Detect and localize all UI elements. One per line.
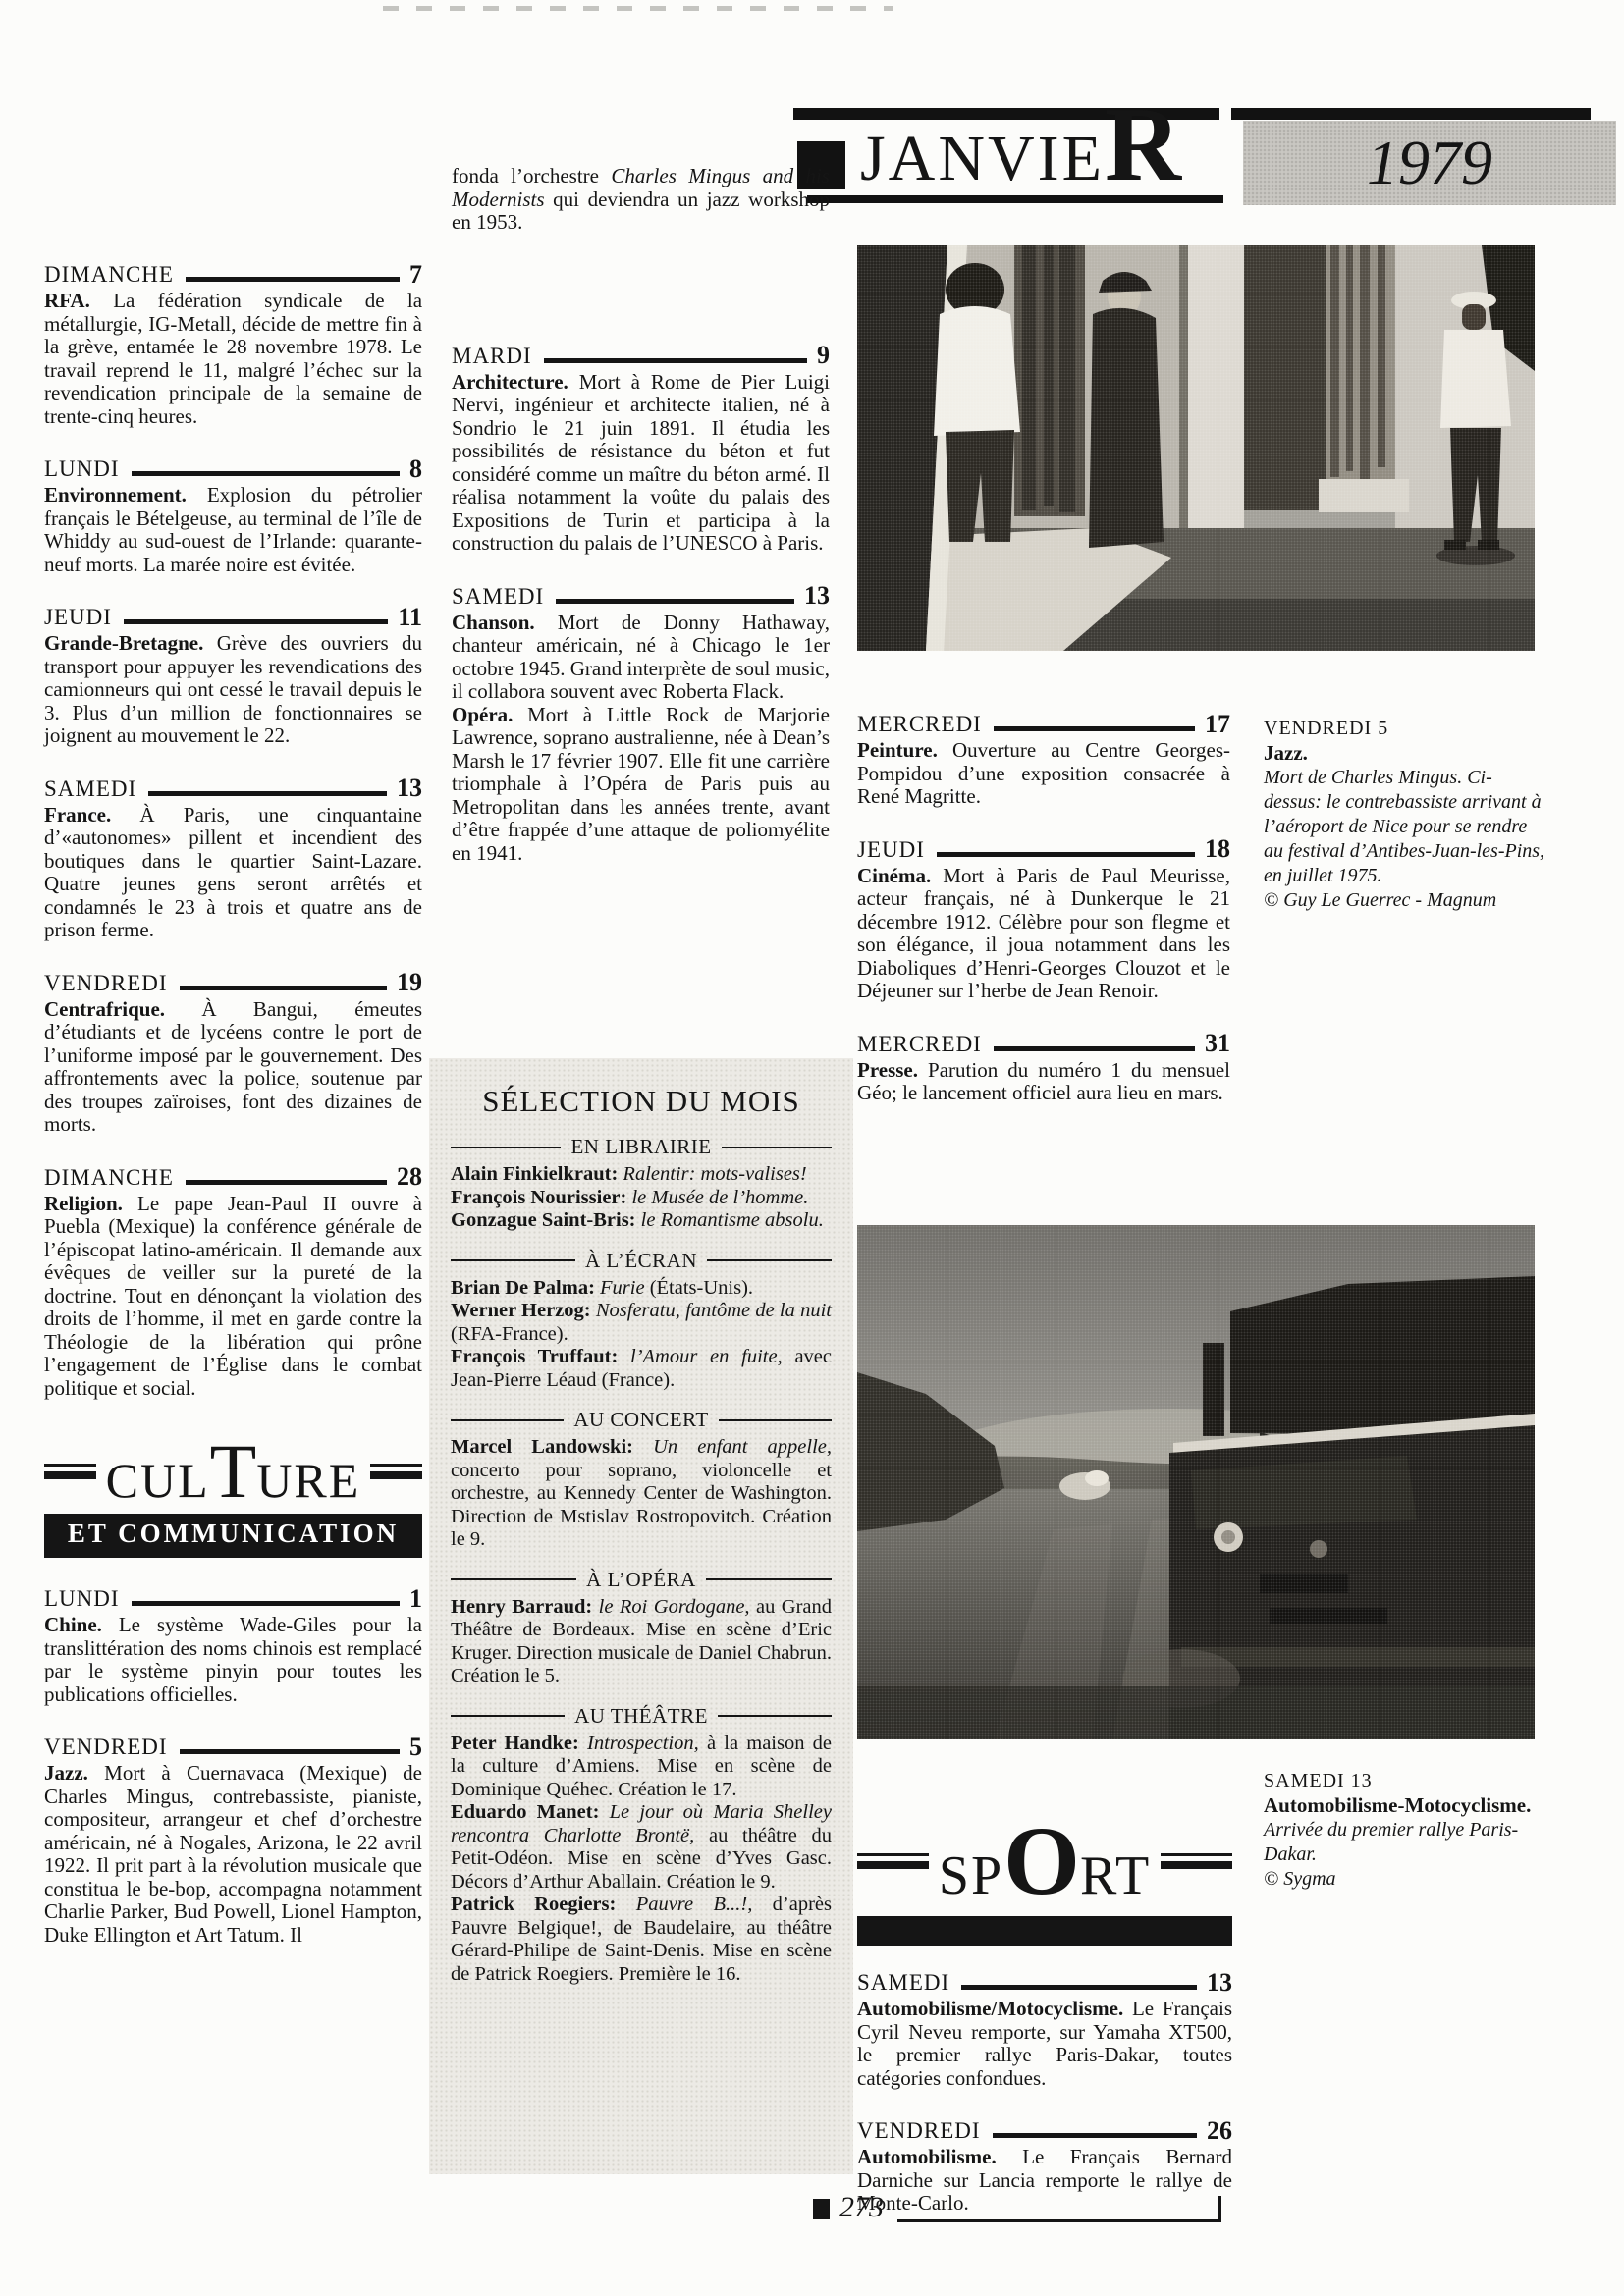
item-author: Peter Handke: — [451, 1733, 579, 1754]
halftone-overlay — [857, 245, 1535, 651]
middle-column: fonda l’orchestre Charles Mingus and his… — [452, 165, 830, 894]
item-author: Werner Herzog: — [451, 1300, 591, 1321]
day-entry-header: MARDI 9 — [452, 345, 830, 367]
selection-item: Alain Finkielkraut: Ralentir: mots-valis… — [451, 1163, 832, 1187]
item-author: Brian De Palma: — [451, 1277, 595, 1299]
sport-title-part: SP — [939, 1848, 1003, 1903]
day-label: VENDREDI — [857, 2119, 981, 2142]
entry-lead: Automobilisme/Motocyclisme. — [857, 1997, 1123, 2020]
selection-du-mois-box: SÉLECTION DU MOIS EN LIBRAIRIE Alain Fin… — [429, 1058, 853, 2174]
selection-item: Werner Herzog: Nosferatu, fantôme de la … — [451, 1300, 832, 1346]
selection-section-theatre: AU THÉÂTRE Peter Handke: Introspection, … — [451, 1704, 832, 1987]
day-rule — [124, 619, 389, 624]
day-entry-text: France. À Paris, une cinquantaine d’«aut… — [44, 804, 422, 942]
day-entry: SAMEDI 13 Automobilisme/Motocyclisme. Le… — [857, 1971, 1232, 2090]
day-entry-text: Grande-Bretagne. Grève des ouvriers du t… — [44, 632, 422, 748]
day-entry-header: JEUDI 18 — [857, 838, 1230, 861]
day-entry-text: Centrafrique. À Bangui, émeutes d’étudia… — [44, 998, 422, 1137]
day-entry-header: VENDREDI 5 — [44, 1735, 422, 1758]
heading-rule — [451, 1259, 575, 1261]
thick-rule — [370, 1471, 422, 1479]
entry-lead: France. — [44, 803, 111, 827]
day-label: MERCREDI — [857, 713, 982, 735]
day-rule — [993, 2133, 1197, 2138]
item-title: le Romantisme absolu. — [641, 1209, 824, 1231]
day-entry: MARDI 9 Architecture. Mort à Rome de Pie… — [452, 345, 830, 556]
day-entry-header: JEUDI 11 — [44, 606, 422, 628]
selection-section-librairie: EN LIBRAIRIE Alain Finkielkraut: Ralenti… — [451, 1135, 832, 1233]
culture-section-header: CULTURE — [44, 1433, 422, 1510]
scan-artifact — [383, 6, 893, 11]
thin-rule — [44, 1464, 96, 1467]
day-entry: JEUDI 18 Cinéma. Mort à Paris de Paul Me… — [857, 838, 1230, 1003]
heading-label: EN LIBRAIRIE — [570, 1135, 711, 1159]
day-label: VENDREDI — [44, 1735, 168, 1758]
item-detail: (États-Unis). — [650, 1277, 753, 1299]
heading-rule — [451, 1147, 561, 1148]
day-entry: MERCREDI 17 Peinture. Ouverture au Centr… — [857, 713, 1230, 809]
entry-lead: Chine. — [44, 1613, 102, 1636]
entry-lead: Jazz. — [44, 1761, 88, 1785]
item-detail: (RFA-France). — [451, 1323, 568, 1345]
day-number: 19 — [397, 972, 422, 993]
selection-item: François Nourissier: le Musée de l’homme… — [451, 1187, 832, 1210]
day-entry-text: Chine. Le système Wade-Giles pour la tra… — [44, 1614, 422, 1706]
footer-square-icon — [813, 2199, 830, 2219]
intro-text: fonda l’orchestre — [452, 164, 599, 187]
item-author: François Nourissier: — [451, 1187, 626, 1208]
selection-item: Henry Barraud: le Roi Gordogane, au Gran… — [451, 1596, 832, 1688]
heading-rule — [706, 1578, 832, 1580]
month-title-text: JANVIE — [860, 127, 1105, 191]
day-entry-text: Peinture. Ouverture au Centre Georges-Po… — [857, 739, 1230, 809]
day-number: 9 — [817, 345, 830, 366]
thin-rule — [857, 1853, 929, 1856]
day-entry-text: RFA. La fédération syndicale de la métal… — [44, 290, 422, 428]
day-entry: DIMANCHE 7 RFA. La fédération syndicale … — [44, 263, 422, 428]
footer-corner-mark — [1218, 2196, 1221, 2219]
paris-dakar-photo — [857, 1225, 1535, 1739]
halftone-overlay — [857, 1225, 1535, 1739]
day-entry-text: Environnement. Explosion du pétrolier fr… — [44, 484, 422, 576]
sport-title-part: RT — [1080, 1848, 1151, 1903]
selection-item: Eduardo Manet: Le jour où Maria Shelley … — [451, 1801, 832, 1894]
entry-lead: Religion. — [44, 1192, 123, 1215]
item-author: Patrick Roegiers: — [451, 1894, 616, 1915]
entry-body: Mort à Cuernavaca (Mexique) de Charles M… — [44, 1761, 422, 1947]
day-entry: SAMEDI 13 Chanson. Mort de Donny Hathawa… — [452, 585, 830, 866]
heading-rule — [451, 1578, 576, 1580]
heading-label: À L’ÉCRAN — [585, 1249, 697, 1273]
selection-item: Peter Handke: Introspection, à la maison… — [451, 1733, 832, 1802]
day-rule — [937, 852, 1195, 857]
day-rule — [186, 1180, 387, 1185]
page-number: 273 — [839, 2193, 884, 2222]
day-entry-header: DIMANCHE 7 — [44, 263, 422, 286]
selection-heading: AU CONCERT — [451, 1408, 832, 1432]
heading-rule — [718, 1715, 832, 1717]
day-number: 5 — [409, 1736, 422, 1758]
day-number: 13 — [804, 585, 830, 607]
culture-subtitle: ET COMMUNICATION — [68, 1519, 399, 1548]
day-rule — [132, 471, 400, 476]
day-entry-text: Cinéma. Mort à Paris de Paul Meurisse, a… — [857, 865, 1230, 1003]
culture-title-part: URE — [256, 1456, 360, 1505]
right-column: MERCREDI 17 Peinture. Ouverture au Centr… — [857, 713, 1230, 1135]
day-label: LUNDI — [44, 1587, 120, 1610]
footer-rule — [897, 2196, 1221, 2222]
day-number: 11 — [398, 607, 422, 628]
day-number: 13 — [1207, 1972, 1232, 1994]
caption-credit: © Guy Le Guerrec - Magnum — [1264, 888, 1548, 913]
selection-heading: EN LIBRAIRIE — [451, 1135, 832, 1159]
entry-lead: Architecture. — [452, 370, 568, 394]
month-title-capital: R — [1105, 92, 1181, 198]
day-label: DIMANCHE — [44, 263, 174, 286]
day-entry-header: SAMEDI 13 — [857, 1971, 1232, 1994]
caption-date: SAMEDI 13 — [1264, 1769, 1563, 1793]
entry-lead: Automobilisme. — [857, 2145, 997, 2168]
day-entry: LUNDI 8 Environnement. Explosion du pétr… — [44, 457, 422, 576]
thick-rule — [44, 1471, 96, 1479]
day-entry-header: VENDREDI 26 — [857, 2119, 1232, 2142]
day-number: 28 — [397, 1166, 422, 1188]
selection-item: Brian De Palma: Furie (États-Unis). — [451, 1277, 832, 1301]
caption-date: VENDREDI 5 — [1264, 717, 1548, 741]
selection-section-concert: AU CONCERT Marcel Landowski: Un enfant a… — [451, 1408, 832, 1552]
entry-lead: Peinture. — [857, 738, 938, 762]
heading-rule — [451, 1715, 565, 1717]
day-entry: DIMANCHE 28 Religion. Le pape Jean-Paul … — [44, 1166, 422, 1401]
month-underline — [807, 195, 1223, 203]
selection-item: Gonzague Saint-Bris: le Romantisme absol… — [451, 1209, 832, 1233]
day-entry: LUNDI 1 Chine. Le système Wade-Giles pou… — [44, 1587, 422, 1706]
caption-text: Arrivée du premier rallye Paris-Dakar. — [1264, 1818, 1563, 1867]
day-entry-header: VENDREDI 19 — [44, 972, 422, 994]
day-rule — [994, 726, 1195, 731]
day-number: 1 — [409, 1588, 422, 1610]
selection-section-opera: À L’OPÉRA Henry Barraud: le Roi Gordogan… — [451, 1568, 832, 1688]
culture-title-part: CUL — [106, 1456, 210, 1505]
day-entry: SAMEDI 13 France. À Paris, une cinquanta… — [44, 777, 422, 942]
caption-credit: © Sygma — [1264, 1867, 1563, 1892]
day-entry: VENDREDI 19 Centrafrique. À Bangui, émeu… — [44, 972, 422, 1137]
item-author: François Truffaut: — [451, 1346, 618, 1367]
day-rule — [180, 1749, 400, 1754]
sport-title-capital: O — [1003, 1812, 1080, 1910]
day-number: 26 — [1207, 2120, 1232, 2142]
entry-body: Le pape Jean-Paul II ouvre à Puebla (Mex… — [44, 1192, 422, 1400]
selection-item: Patrick Roegiers: Pauvre B...!, d’après … — [451, 1894, 832, 1986]
item-author: Marcel Landowski: — [451, 1436, 633, 1458]
item-author: Alain Finkielkraut: — [451, 1163, 618, 1185]
day-label: VENDREDI — [44, 972, 168, 994]
culture-title: CULTURE — [106, 1433, 361, 1510]
day-entry-text: Architecture. Mort à Rome de Pier Luigi … — [452, 371, 830, 556]
day-entry-header: LUNDI 1 — [44, 1587, 422, 1610]
page-footer: 273 — [813, 2193, 1221, 2222]
day-label: SAMEDI — [452, 585, 544, 608]
heading-rule — [722, 1147, 832, 1148]
heading-label: À L’OPÉRA — [586, 1568, 696, 1592]
caption-category: Jazz. — [1264, 741, 1548, 766]
day-entry-header: MERCREDI 31 — [857, 1033, 1230, 1055]
photo1-caption: VENDREDI 5 Jazz. Mort de Charles Mingus.… — [1264, 717, 1548, 913]
item-author: Henry Barraud: — [451, 1596, 592, 1618]
day-label: DIMANCHE — [44, 1166, 174, 1189]
sport-title: SPORT — [939, 1812, 1151, 1910]
day-rule — [148, 791, 387, 796]
header-rule-right — [1231, 108, 1591, 120]
day-entry-header: SAMEDI 13 — [44, 777, 422, 800]
entry-body: Mort à Little Rock de Marjorie Lawrence,… — [452, 703, 830, 865]
day-rule — [180, 986, 387, 990]
selection-heading: AU THÉÂTRE — [451, 1704, 832, 1729]
item-title: Nosferatu, fantôme de la nuit — [596, 1300, 832, 1321]
left-column: DIMANCHE 7 RFA. La fédération syndicale … — [44, 263, 422, 1976]
year-label: 1979 — [1367, 128, 1492, 197]
item-title: Introspection, — [587, 1733, 699, 1754]
culture-subtitle-bar: ET COMMUNICATION — [44, 1514, 422, 1558]
item-detail: concerto pour soprano, violoncelle et or… — [451, 1460, 832, 1551]
continuation-paragraph: fonda l’orchestre Charles Mingus and his… — [452, 165, 830, 235]
day-entry-text: Chanson. Mort de Donny Hathaway, chanteu… — [452, 612, 830, 704]
photo2-caption: SAMEDI 13 Automobilisme-Motocyclisme. Ar… — [1264, 1769, 1563, 1892]
day-number: 7 — [409, 264, 422, 286]
day-label: SAMEDI — [857, 1971, 949, 1994]
item-author: Eduardo Manet: — [451, 1801, 599, 1823]
selection-item: Marcel Landowski: Un enfant appelle, con… — [451, 1436, 832, 1552]
month-title: JANVIER — [860, 92, 1181, 198]
day-number: 17 — [1205, 714, 1230, 735]
item-title: l’Amour en fuite, — [630, 1346, 783, 1367]
day-label: MARDI — [452, 345, 532, 367]
selection-item: François Truffaut: l’Amour en fuite, ave… — [451, 1346, 832, 1392]
day-label: LUNDI — [44, 457, 120, 480]
entry-lead: Chanson. — [452, 611, 535, 634]
item-title: Pauvre B...!, — [636, 1894, 753, 1915]
item-title: le Roi Gordogane, — [599, 1596, 750, 1618]
item-title: le Musée de l’homme. — [631, 1187, 808, 1208]
thick-rule — [857, 1861, 929, 1869]
day-entry: JEUDI 11 Grande-Bretagne. Grève des ouvr… — [44, 606, 422, 748]
heading-label: AU CONCERT — [573, 1408, 708, 1432]
selection-title: SÉLECTION DU MOIS — [451, 1084, 832, 1119]
selection-section-ecran: À L’ÉCRAN Brian De Palma: Furie (États-U… — [451, 1249, 832, 1393]
day-rule — [544, 358, 807, 363]
selection-heading: À L’ÉCRAN — [451, 1249, 832, 1273]
header-rules-right — [1161, 1853, 1232, 1869]
entry-lead: Presse. — [857, 1058, 918, 1082]
day-entry-text: Automobilisme/Motocyclisme. Le Français … — [857, 1998, 1232, 2090]
header-rules-left — [44, 1464, 96, 1479]
item-title: Un enfant appelle, — [653, 1436, 832, 1458]
day-rule — [556, 599, 794, 604]
item-title: Ralentir: mots-valises! — [623, 1163, 806, 1185]
caption-text: Mort de Charles Mingus. Ci-dessus: le co… — [1264, 766, 1548, 888]
day-rule — [186, 277, 400, 282]
day-entry: MERCREDI 31 Presse. Parution du numéro 1… — [857, 1033, 1230, 1105]
day-entry-header: SAMEDI 13 — [452, 585, 830, 608]
almanac-page: JANVIER 1979 DIMANCHE 7 RFA. La fédérati… — [0, 0, 1624, 2296]
item-author: Gonzague Saint-Bris: — [451, 1209, 636, 1231]
day-entry-text: Opéra. Mort à Little Rock de Marjorie La… — [452, 704, 830, 866]
header-rules-left — [857, 1853, 929, 1869]
culture-title-capital: T — [210, 1433, 257, 1510]
sport-section: SPORT SAMEDI 13 Automobilisme/Motocyclis… — [857, 1812, 1232, 2245]
entry-lead: Cinéma. — [857, 864, 931, 887]
entry-lead: Environnement. — [44, 483, 187, 507]
entry-lead: Centrafrique. — [44, 997, 165, 1021]
day-number: 8 — [409, 458, 422, 480]
header-rules-right — [370, 1464, 422, 1479]
day-entry-header: LUNDI 8 — [44, 457, 422, 480]
selection-heading: À L’OPÉRA — [451, 1568, 832, 1592]
mingus-airport-photo — [857, 245, 1535, 651]
day-number: 13 — [397, 777, 422, 799]
day-rule — [961, 1985, 1197, 1990]
thin-rule — [370, 1464, 422, 1467]
caption-category: Automobilisme-Motocyclisme. — [1264, 1793, 1563, 1818]
day-label: JEUDI — [44, 606, 112, 628]
entry-body: Mort à Rome de Pier Luigi Nervi, ingénie… — [452, 370, 830, 556]
heading-label: AU THÉÂTRE — [574, 1704, 708, 1729]
day-entry-header: DIMANCHE 28 — [44, 1166, 422, 1189]
thick-rule — [1161, 1861, 1232, 1869]
thin-rule — [1161, 1853, 1232, 1856]
sport-section-header: SPORT — [857, 1812, 1232, 1910]
day-rule — [994, 1046, 1195, 1051]
entry-lead: RFA. — [44, 289, 90, 312]
entry-lead: Opéra. — [452, 703, 513, 726]
day-number: 31 — [1205, 1033, 1230, 1054]
day-rule — [132, 1601, 400, 1606]
heading-rule — [451, 1419, 564, 1421]
day-label: MERCREDI — [857, 1033, 982, 1055]
day-entry-text: Religion. Le pape Jean-Paul II ouvre à P… — [44, 1193, 422, 1401]
sport-title-bar — [857, 1916, 1232, 1946]
day-entry-header: MERCREDI 17 — [857, 713, 1230, 735]
item-title: Furie — [600, 1277, 645, 1299]
entry-lead: Grande-Bretagne. — [44, 631, 203, 655]
day-entry: VENDREDI 5 Jazz. Mort à Cuernavaca (Mexi… — [44, 1735, 422, 1947]
day-entry-text: Presse. Parution du numéro 1 du mensuel … — [857, 1059, 1230, 1105]
day-label: SAMEDI — [44, 777, 136, 800]
heading-rule — [719, 1419, 832, 1421]
day-number: 18 — [1205, 838, 1230, 860]
heading-rule — [707, 1259, 832, 1261]
day-label: JEUDI — [857, 838, 925, 861]
entry-body: La fédération syndicale de la métallurgi… — [44, 289, 422, 428]
year-box: 1979 — [1243, 121, 1616, 205]
day-entry-text: Jazz. Mort à Cuernavaca (Mexique) de Cha… — [44, 1762, 422, 1947]
